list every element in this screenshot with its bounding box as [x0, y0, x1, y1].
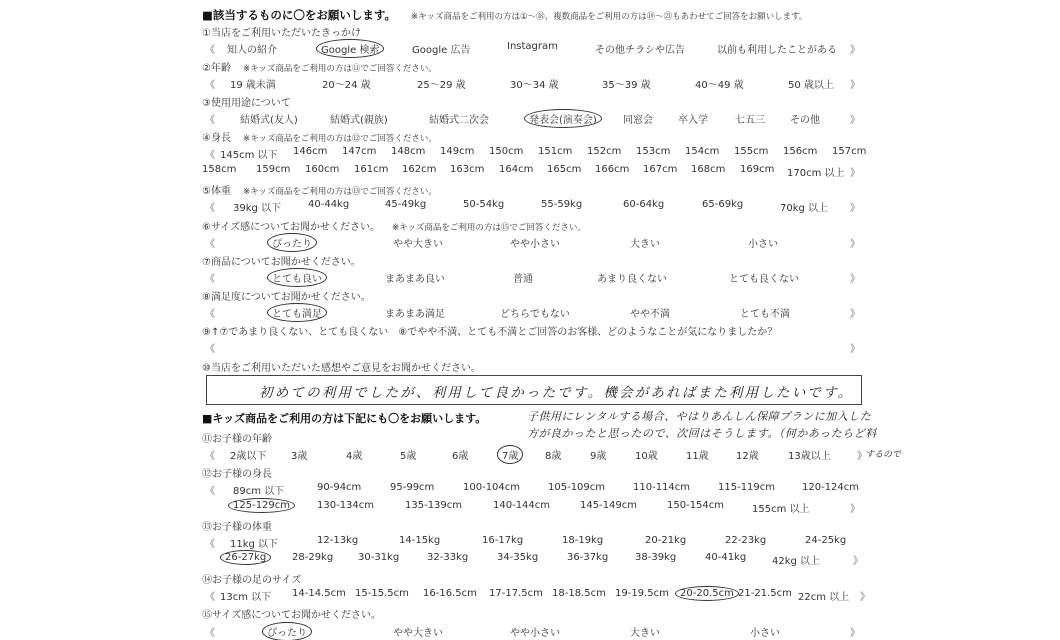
q4-option[interactable]: 163cm	[450, 164, 484, 175]
q13-option[interactable]: 12-13kg	[317, 535, 358, 546]
q5-option[interactable]: 70kg 以上	[780, 199, 828, 214]
q3-option[interactable]: 結婚式(親族)	[330, 111, 388, 126]
q4-option[interactable]: 148cm	[391, 146, 425, 157]
open-bracket: 《	[205, 41, 215, 56]
q4-option[interactable]: 167cm	[643, 164, 677, 175]
q4-label: ④身長※キッズ商品をご利用の方は⑫でご回答ください。	[202, 129, 437, 144]
q4-option[interactable]: 156cm	[783, 146, 817, 157]
q5-option[interactable]: 45-49kg	[385, 199, 426, 210]
q13-option[interactable]: 24-25kg	[805, 535, 846, 546]
q12-option[interactable]: 135-139cm	[405, 500, 462, 511]
q14-option[interactable]: 16-16.5cm	[423, 588, 477, 599]
q6-option[interactable]: 大きい	[630, 235, 660, 250]
q6-option[interactable]: やや大きい	[393, 235, 443, 250]
q4-note: ※キッズ商品をご利用の方は⑫でご回答ください。	[243, 134, 437, 144]
open-bracket: 《	[205, 305, 215, 320]
open-bracket: 《	[205, 199, 215, 214]
q4-option[interactable]: 161cm	[354, 164, 388, 175]
q11-option[interactable]: 3歳	[291, 447, 307, 462]
q2-option[interactable]: 50 歳以上	[788, 76, 834, 91]
q1-option[interactable]: Instagram	[507, 41, 558, 52]
q2-option[interactable]: 20〜24 歳	[322, 76, 371, 91]
q5-option[interactable]: 60-64kg	[623, 199, 664, 210]
q4-option[interactable]: 162cm	[402, 164, 436, 175]
q8-option[interactable]: どちらでもない	[500, 305, 570, 320]
q14-option[interactable]: 14-14.5cm	[292, 588, 346, 599]
q12-option[interactable]: 150-154cm	[667, 500, 724, 511]
q12-option-selected[interactable]: 125-129cm	[228, 498, 295, 513]
close-bracket: 》	[850, 76, 860, 91]
q6-option[interactable]: やや小さい	[510, 235, 560, 250]
close-bracket: 》	[850, 199, 860, 214]
q13-option[interactable]: 36-37kg	[567, 552, 608, 563]
open-bracket: 《	[205, 270, 215, 285]
q2-option[interactable]: 30〜34 歳	[510, 76, 559, 91]
q4-title: ④身長	[202, 133, 231, 144]
q1-option-selected[interactable]: Google 検索	[316, 39, 384, 58]
q4-option[interactable]: 146cm	[293, 146, 327, 157]
q7-option[interactable]: 普通	[513, 270, 533, 285]
q11-option[interactable]: 9歳	[590, 447, 606, 462]
q13-option[interactable]: 30-31kg	[358, 552, 399, 563]
close-bracket: 》	[850, 305, 860, 320]
q14-option[interactable]: 17-17.5cm	[489, 588, 543, 599]
q5-option[interactable]: 65-69kg	[702, 199, 743, 210]
open-bracket: 《	[205, 447, 215, 462]
open-bracket: 《	[205, 146, 215, 161]
q5-note: ※キッズ商品をご利用の方は⑬でご回答ください。	[243, 187, 437, 197]
q15-option[interactable]: やや小さい	[510, 624, 560, 639]
q13-option[interactable]: 34-35kg	[497, 552, 538, 563]
q6-option-selected[interactable]: ぴったり	[267, 233, 317, 252]
q3-option[interactable]: 結婚式(友人)	[240, 111, 298, 126]
q13-option[interactable]: 22-23kg	[725, 535, 766, 546]
q11-option[interactable]: 11歳	[686, 447, 709, 462]
q11-option[interactable]: 2歳以下	[230, 447, 266, 462]
q11-option[interactable]: 13歳以上	[788, 447, 831, 462]
kids-handwritten-note-tail: するので	[865, 447, 901, 460]
q9-label: ⑨↑⑦であまり良くない、とても良くない ⑧でやや不満、とても不満とご回答のお客様…	[202, 323, 777, 338]
q15-option[interactable]: やや大きい	[393, 624, 443, 639]
open-bracket: 《	[205, 340, 215, 355]
q6-title: ⑥サイズ感についてお聞かせください。	[202, 222, 380, 233]
q6-label: ⑥サイズ感についてお聞かせください。※キッズ商品をご利用の方は⑮でご回答ください…	[202, 218, 586, 233]
q4-option[interactable]: 165cm	[547, 164, 581, 175]
q2-note: ※キッズ商品をご利用の方は⑪でご回答ください。	[243, 64, 437, 74]
q13-option[interactable]: 40-41kg	[705, 552, 746, 563]
q13-option[interactable]: 18-19kg	[562, 535, 603, 546]
q5-option[interactable]: 50-54kg	[463, 199, 504, 210]
q1-option[interactable]: Google 広告	[412, 41, 470, 56]
q2-option[interactable]: 25〜29 歳	[417, 76, 466, 91]
q11-option[interactable]: 12歳	[736, 447, 759, 462]
q14-option[interactable]: 21-21.5cm	[738, 588, 792, 599]
q13-option-selected[interactable]: 26-27kg	[220, 550, 271, 565]
close-bracket: 》	[860, 588, 870, 603]
q3-option[interactable]: 同窓会	[623, 111, 653, 126]
q12-option[interactable]: 120-124cm	[802, 482, 859, 493]
q11-option[interactable]: 4歳	[346, 447, 362, 462]
q12-option[interactable]: 155cm 以上	[752, 500, 810, 515]
q1-option[interactable]: 以前も利用したことがある	[717, 41, 837, 56]
q3-option[interactable]: その他	[790, 111, 820, 126]
q12-option[interactable]: 89cm 以下	[233, 482, 284, 497]
close-bracket: 》	[850, 340, 860, 355]
q10-handwritten-answer: 初めての利用でしたが、利用して良かったです。機会があればまた利用したいです。	[259, 381, 853, 401]
q14-option[interactable]: 22cm 以上	[798, 588, 849, 603]
q12-option[interactable]: 95-99cm	[390, 482, 434, 493]
q14-option[interactable]: 13cm 以下	[220, 588, 271, 603]
q7-option[interactable]: あまり良くない	[597, 270, 667, 285]
open-bracket: 《	[205, 535, 215, 550]
q4-option[interactable]: 158cm	[202, 164, 236, 175]
kids-section-title: ■キッズ商品をご利用の方は下記にも〇をお願いします。	[202, 410, 486, 426]
q7-option[interactable]: まあまあ良い	[385, 270, 445, 285]
q4-option[interactable]: 152cm	[587, 146, 621, 157]
q4-option[interactable]: 147cm	[342, 146, 376, 157]
q4-option[interactable]: 149cm	[440, 146, 474, 157]
q14-option-selected[interactable]: 20-20.5cm	[675, 586, 739, 601]
q3-option-selected[interactable]: 発表会(演奏会)	[524, 109, 602, 128]
q12-option[interactable]: 130-134cm	[317, 500, 374, 511]
q11-label: ⑪お子様の年齢	[202, 430, 272, 445]
header-note: ※キッズ商品をご利用の方は①〜⑱、複数商品をご利用の方は⑲〜㉑もあわせてご回答を…	[411, 12, 807, 22]
q2-title: ②年齢	[202, 63, 231, 74]
q11-option[interactable]: 10歳	[635, 447, 658, 462]
kids-handwritten-note-line1: 子供用にレンタルする場合、やはりあんしん保障プランに加入した	[527, 408, 871, 424]
q9-answer-field[interactable]: 《 》	[205, 340, 855, 354]
survey-sheet: ■該当するものに〇をお願いします。 ※キッズ商品をご利用の方は①〜⑱、複数商品を…	[0, 0, 1060, 640]
q12-option[interactable]: 90-94cm	[317, 482, 361, 493]
q8-option[interactable]: まあまあ満足	[385, 305, 445, 320]
q13-option[interactable]: 20-21kg	[645, 535, 686, 546]
q13-option[interactable]: 11kg 以下	[230, 535, 278, 550]
q10-answer-box[interactable]: 初めての利用でしたが、利用して良かったです。機会があればまた利用したいです。	[206, 375, 862, 405]
q12-option[interactable]: 100-104cm	[463, 482, 520, 493]
q7-label: ⑦商品についてお聞かせください。	[202, 253, 361, 268]
q3-option[interactable]: 結婚式二次会	[429, 111, 489, 126]
q4-option[interactable]: 160cm	[305, 164, 339, 175]
q11-option[interactable]: 6歳	[452, 447, 468, 462]
q11-option[interactable]: 5歳	[400, 447, 416, 462]
q4-option[interactable]: 145cm 以下	[220, 146, 278, 161]
q14-option[interactable]: 18-18.5cm	[552, 588, 606, 599]
q5-option[interactable]: 40-44kg	[308, 199, 349, 210]
q4-option[interactable]: 157cm	[832, 146, 866, 157]
q14-option[interactable]: 15-15.5cm	[355, 588, 409, 599]
q15-label: ⑮サイズ感についてお聞かせください。	[202, 606, 381, 621]
q4-option[interactable]: 155cm	[734, 146, 768, 157]
open-bracket: 《	[205, 76, 215, 91]
q3-option[interactable]: 卒入学	[678, 111, 708, 126]
close-bracket: 》	[850, 500, 860, 515]
q10-label: ⑩当店をご利用いただいた感想やご意見をお聞かせください。	[202, 359, 481, 374]
q2-option[interactable]: 19 歳未満	[230, 76, 276, 91]
q2-option[interactable]: 35〜39 歳	[602, 76, 651, 91]
q13-option[interactable]: 16-17kg	[482, 535, 523, 546]
close-bracket: 》	[853, 552, 863, 567]
q4-option[interactable]: 154cm	[685, 146, 719, 157]
q5-option[interactable]: 55-59kg	[541, 199, 582, 210]
header-title: ■該当するものに〇をお願いします。	[202, 8, 396, 22]
q4-option[interactable]: 150cm	[489, 146, 523, 157]
q13-option[interactable]: 42kg 以上	[772, 552, 820, 567]
survey-header: ■該当するものに〇をお願いします。 ※キッズ商品をご利用の方は①〜⑱、複数商品を…	[202, 4, 807, 23]
q13-label: ⑬お子様の体重	[202, 518, 272, 533]
q12-option[interactable]: 115-119cm	[718, 482, 775, 493]
q12-option[interactable]: 110-114cm	[633, 482, 690, 493]
q11-option[interactable]: 8歳	[545, 447, 561, 462]
q4-option[interactable]: 164cm	[499, 164, 533, 175]
q13-option[interactable]: 14-15kg	[399, 535, 440, 546]
q14-label: ⑭お子様の足のサイズ	[202, 571, 301, 586]
q5-label: ⑤体重※キッズ商品をご利用の方は⑬でご回答ください。	[202, 182, 437, 197]
q4-option[interactable]: 159cm	[256, 164, 290, 175]
q5-option[interactable]: 39kg 以下	[233, 199, 281, 214]
open-bracket: 《	[205, 624, 215, 639]
q8-label: ⑧満足度についてお聞かせください。	[202, 288, 371, 303]
q13-option[interactable]: 32-33kg	[427, 552, 468, 563]
q13-option[interactable]: 38-39kg	[635, 552, 676, 563]
q4-option[interactable]: 168cm	[691, 164, 725, 175]
q12-option[interactable]: 140-144cm	[493, 500, 550, 511]
q12-option[interactable]: 145-149cm	[580, 500, 637, 511]
close-bracket: 》	[850, 41, 860, 56]
q8-option-selected[interactable]: とても満足	[267, 303, 327, 322]
close-bracket: 》	[850, 270, 860, 285]
q3-label: ③使用用途について	[202, 94, 291, 109]
close-bracket: 》	[850, 624, 860, 639]
q7-option[interactable]: とても良くない	[729, 270, 799, 285]
q12-option[interactable]: 105-109cm	[548, 482, 605, 493]
q4-option[interactable]: 170cm 以上	[787, 164, 845, 179]
kids-handwritten-note-line2: 方が良かったと思ったので、次回はそうします。（何かあったらど料	[527, 425, 877, 441]
close-bracket: 》	[850, 111, 860, 126]
q12-label: ⑫お子様の身長	[202, 465, 272, 480]
q15-option[interactable]: 小さい	[750, 624, 780, 639]
q15-option[interactable]: 大きい	[630, 624, 660, 639]
close-bracket: 》	[850, 235, 860, 250]
open-bracket: 《	[205, 235, 215, 250]
close-bracket: 》	[850, 164, 860, 179]
q3-option[interactable]: 七五三	[735, 111, 765, 126]
open-bracket: 《	[205, 482, 215, 497]
q4-option[interactable]: 153cm	[636, 146, 670, 157]
q1-option[interactable]: その他チラシや広告	[595, 41, 685, 56]
open-bracket: 《	[205, 588, 215, 603]
q15-option-selected[interactable]: ぴったり	[262, 622, 312, 640]
q1-option[interactable]: 知人の紹介	[227, 41, 277, 56]
q8-option[interactable]: とても不満	[740, 305, 790, 320]
q2-label: ②年齢※キッズ商品をご利用の方は⑪でご回答ください。	[202, 59, 437, 74]
q5-title: ⑤体重	[202, 186, 231, 197]
q4-option[interactable]: 151cm	[538, 146, 572, 157]
q6-option[interactable]: 小さい	[748, 235, 778, 250]
q14-option[interactable]: 19-19.5cm	[615, 588, 669, 599]
open-bracket: 《	[205, 111, 215, 126]
q8-option[interactable]: やや不満	[630, 305, 670, 320]
q7-option-selected[interactable]: とても良い	[267, 268, 327, 287]
q13-option[interactable]: 28-29kg	[292, 552, 333, 563]
q4-option[interactable]: 166cm	[595, 164, 629, 175]
q4-option[interactable]: 169cm	[740, 164, 774, 175]
q1-label: ①当店をご利用いただいたきっかけ	[202, 24, 361, 39]
q2-option[interactable]: 40〜49 歳	[695, 76, 744, 91]
q6-note: ※キッズ商品をご利用の方は⑮でご回答ください。	[392, 223, 586, 233]
q11-option-selected[interactable]: 7歳	[497, 445, 523, 464]
